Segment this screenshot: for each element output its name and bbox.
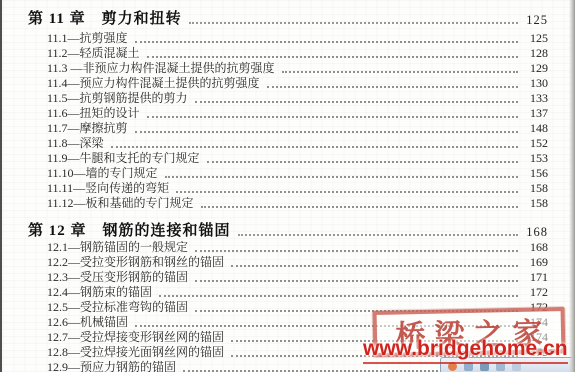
page-number: 125: [522, 31, 548, 46]
page-number: 125: [522, 13, 548, 28]
dot-leader: [176, 191, 518, 193]
page-number: 169: [522, 255, 548, 270]
toc-item-label: 11.12—板和基础的专门规定: [47, 194, 194, 211]
page-number: 152: [522, 136, 548, 151]
page-number: 172: [522, 285, 548, 300]
dot-leader: [165, 176, 518, 178]
dot-leader: [238, 234, 518, 236]
dot-leader: [201, 206, 518, 208]
dot-leader: [189, 22, 518, 24]
toc-item-label: 12.9—预应力钢筋的锚固: [47, 358, 176, 372]
dot-leader: [135, 131, 518, 133]
page-number: 130: [522, 76, 548, 91]
dot-leader: [135, 41, 518, 43]
dot-leader: [195, 101, 518, 103]
dot-leader: [231, 265, 518, 267]
chapter-header-row: 第 12 章 钢筋的连接和锚固168: [2, 217, 548, 240]
page-number: 158: [522, 181, 548, 196]
dot-leader: [147, 116, 518, 118]
dot-leader: [195, 280, 518, 282]
dot-leader: [195, 250, 518, 252]
chapter-title: 第 12 章 钢筋的连接和锚固: [28, 219, 231, 240]
page-number: 156: [522, 166, 548, 181]
chapter-title: 第 11 章 剪力和扭转: [28, 7, 182, 28]
dot-leader: [147, 56, 518, 58]
page-number: 128: [522, 46, 548, 61]
dot-leader: [207, 161, 518, 163]
page-number: 133: [522, 91, 548, 106]
scanned-toc-page: 第 11 章 剪力和扭转12511.1—抗剪强度12511.2—轻质混凝土128…: [0, 0, 575, 372]
dot-leader: [159, 295, 518, 297]
dot-leader: [282, 71, 518, 73]
chapter-header-row: 第 11 章 剪力和扭转125: [2, 2, 548, 31]
page-number: 171: [522, 270, 548, 285]
page-number: 129: [522, 61, 548, 76]
watermark-url: www.bridgehome.cn: [363, 337, 568, 364]
page-number: 153: [522, 151, 548, 166]
dot-leader: [111, 146, 518, 148]
page-number: 158: [522, 196, 548, 211]
toc-item-row: 11.12—板和基础的专门规定158: [2, 196, 548, 211]
dot-leader: [267, 86, 518, 88]
page-number: 137: [522, 106, 548, 121]
page-number: 168: [522, 225, 548, 240]
page-number: 148: [522, 121, 548, 136]
page-number: 168: [522, 240, 548, 255]
